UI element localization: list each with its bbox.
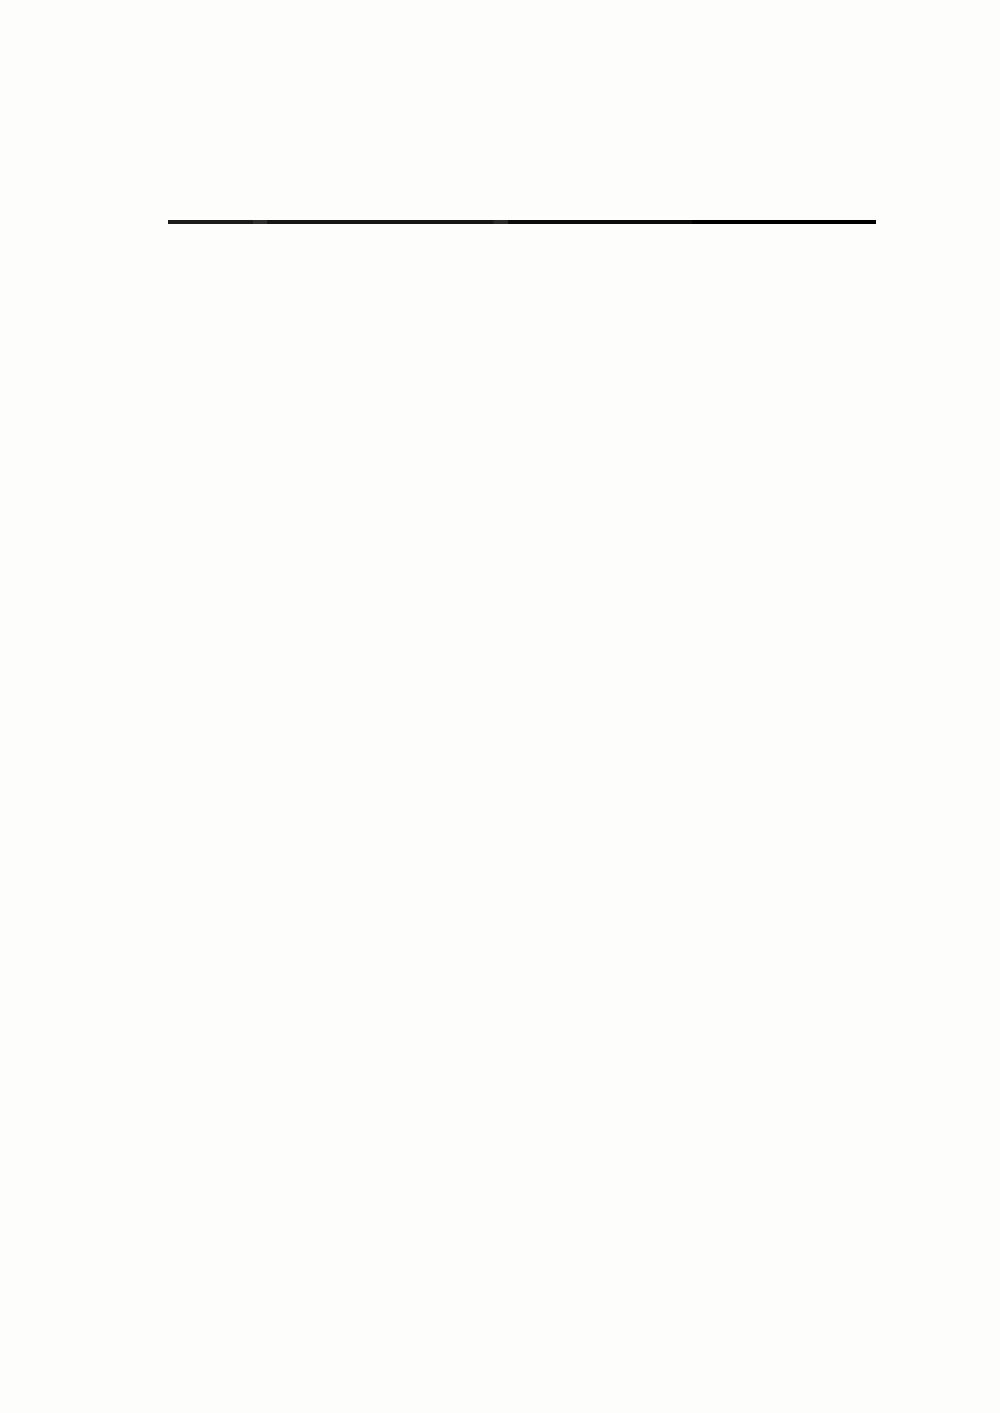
- header-rule: [168, 220, 876, 224]
- scanned-book-page: [0, 0, 1000, 1413]
